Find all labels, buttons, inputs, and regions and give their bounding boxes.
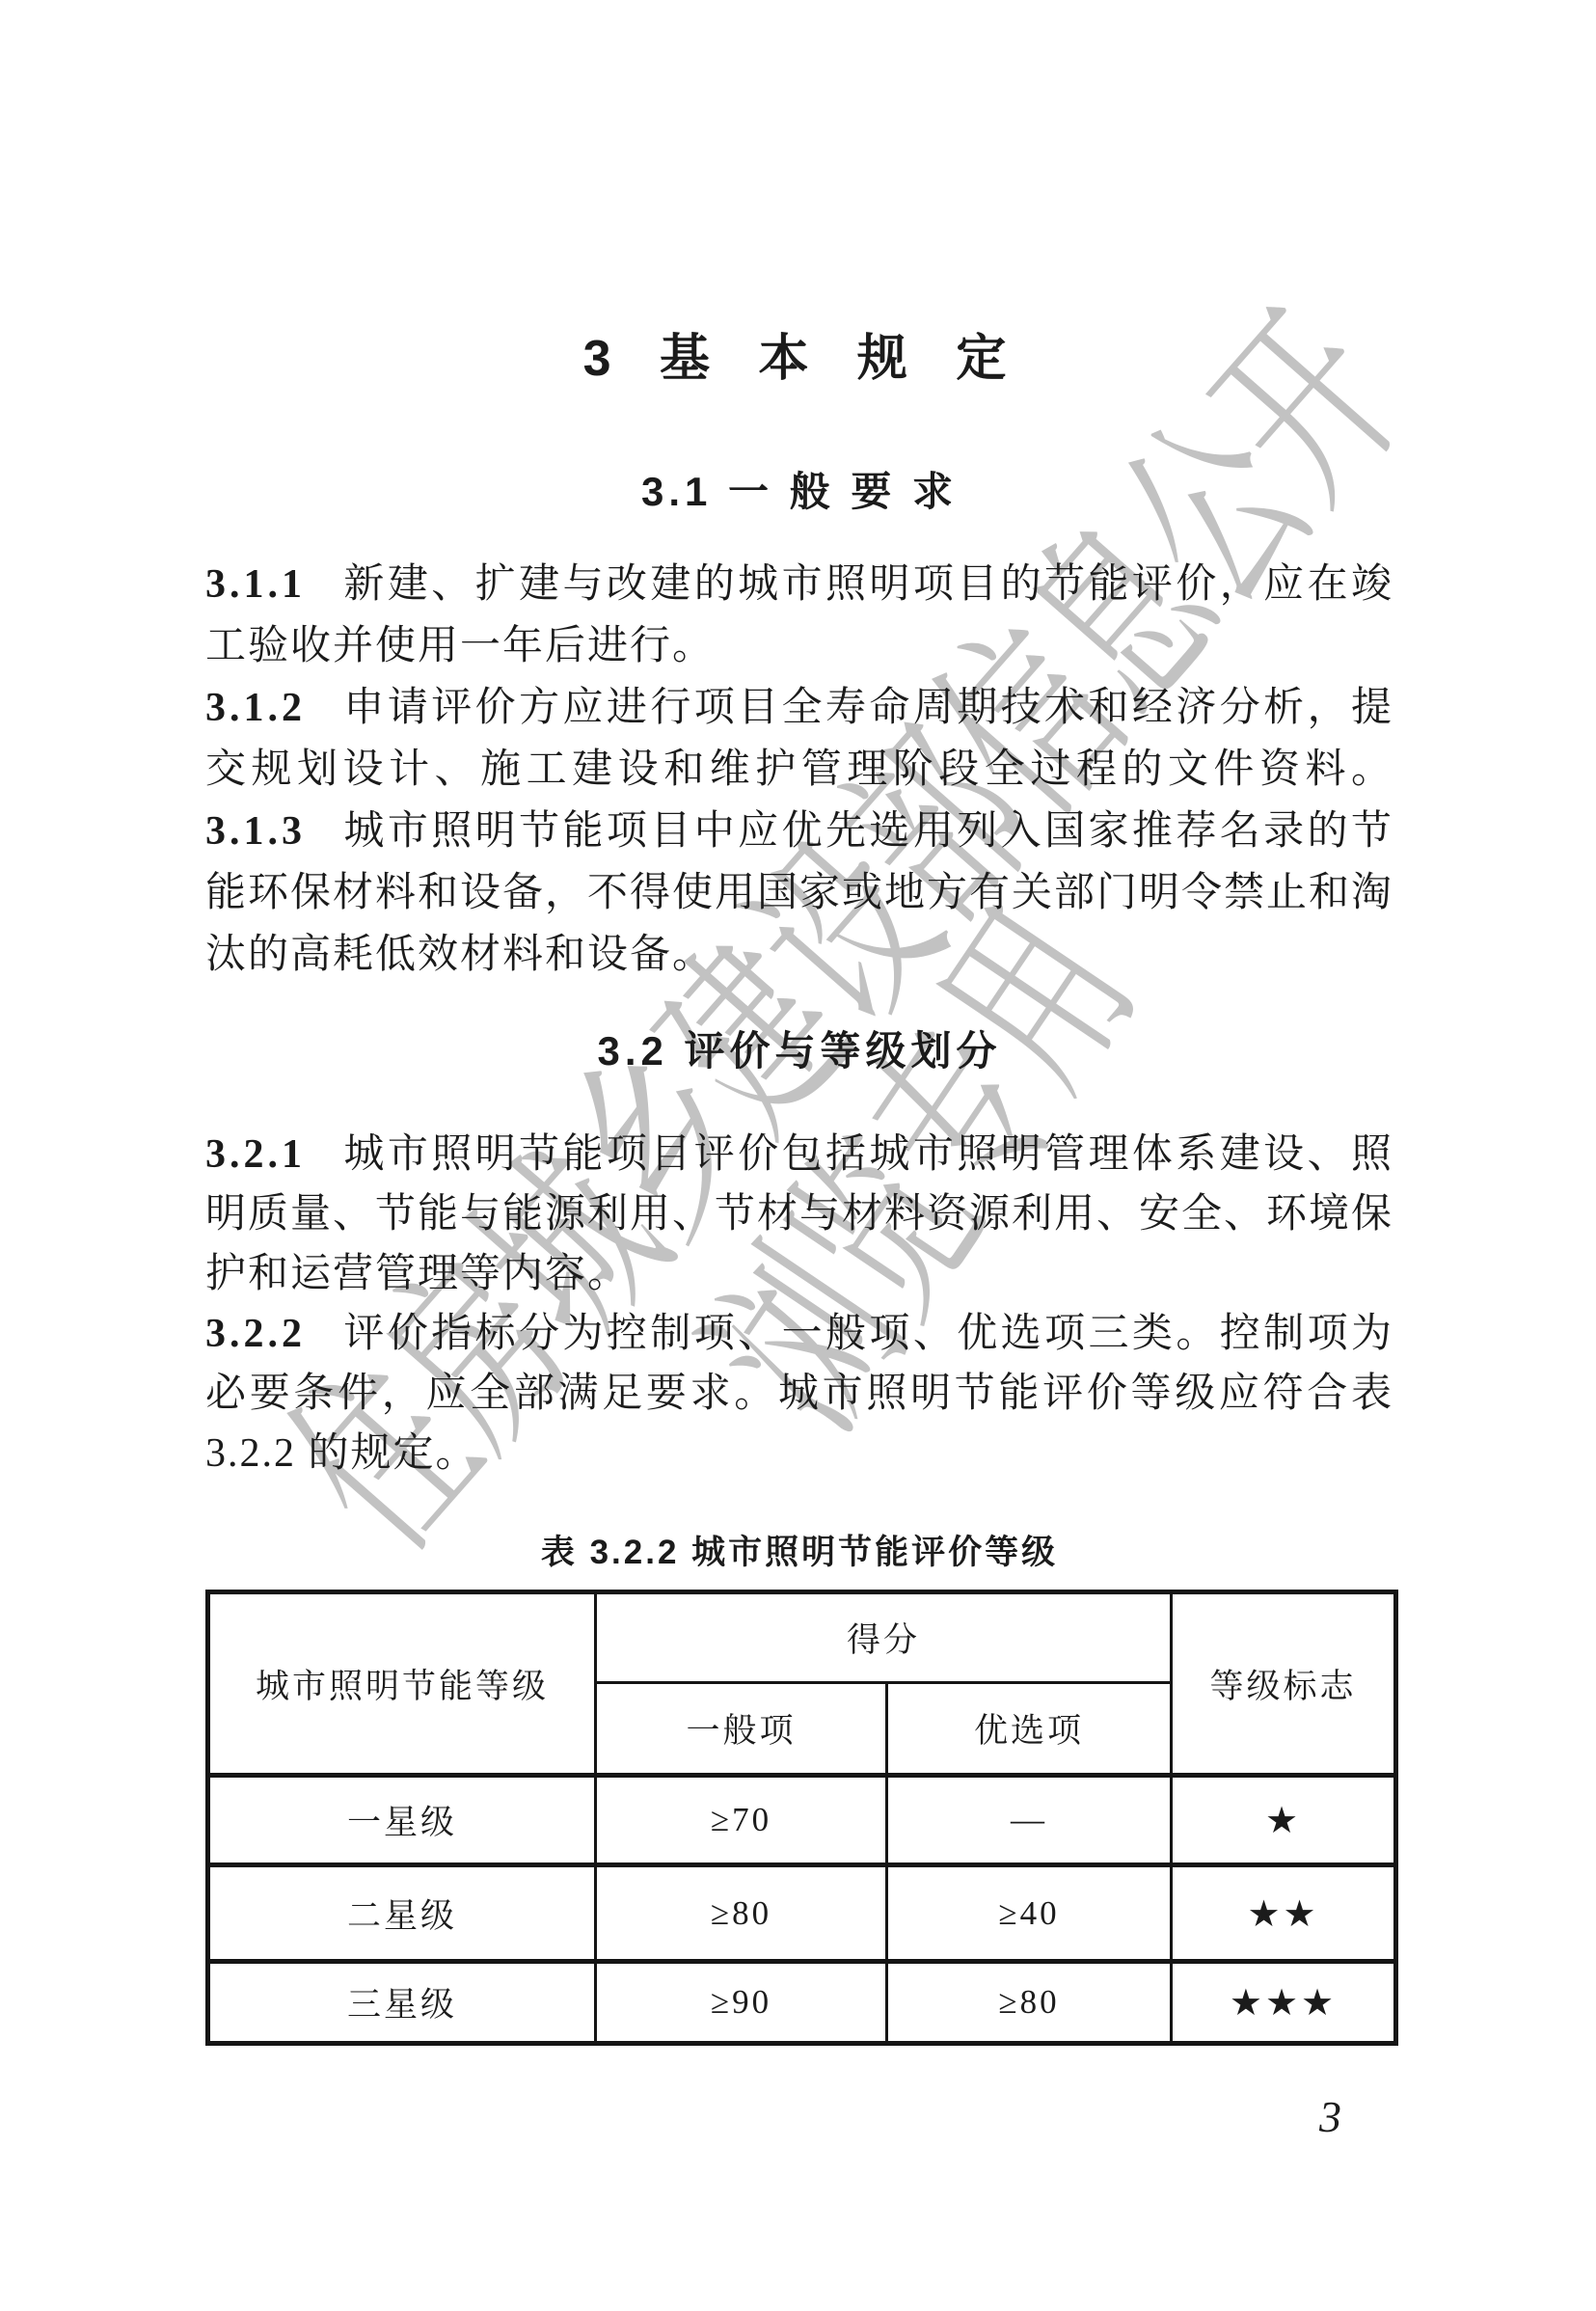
clause-number: 3.2.1: [205, 1132, 306, 1177]
text-column: 3 基 本 规 定 3.1 一 般 要 求 3.1.1新建、扩建与改建的城市照明…: [205, 0, 1393, 2311]
clause-line: 护和运营管理等内容。: [205, 1244, 1393, 1304]
preferred-items-header: 优选项: [887, 1683, 1172, 1776]
clause-line: 明质量、节能与能源利用、节材与材料资源利用、安全、环境保: [205, 1184, 1393, 1244]
grade-cell: 一星级: [208, 1776, 596, 1865]
preferred-score-cell: —: [887, 1776, 1172, 1865]
section-3-1-body: 3.1.1新建、扩建与改建的城市照明项目的节能评价，应在竣 工验收并使用一年后进…: [205, 554, 1393, 986]
clause-text: 新建、扩建与改建的城市照明项目的节能评价，应在竣: [342, 562, 1393, 607]
clause-text: 城市照明节能项目评价包括城市照明管理体系建设、照: [342, 1132, 1393, 1177]
section-3-1-heading: 3.1 一 般 要 求: [205, 466, 1393, 518]
grade-cell: 三星级: [208, 1962, 596, 2044]
table-row: 三星级 ≥90 ≥80 ★★★: [208, 1962, 1396, 2044]
star-badge: ★★: [1172, 1865, 1396, 1962]
table-row: 二星级 ≥80 ≥40 ★★: [208, 1865, 1396, 1962]
clause-line: 3.1.2申请评价方应进行项目全寿命周期技术和经济分析，提: [205, 677, 1393, 739]
chapter-title: 3 基 本 规 定: [205, 330, 1393, 388]
clause-3-1-3: 3.1.3城市照明节能项目中应优先选用列入国家推荐名录的节 能环保材料和设备，不…: [205, 801, 1393, 986]
clause-3-1-2: 3.1.2申请评价方应进行项目全寿命周期技术和经济分析，提 交规划设计、施工建设…: [205, 677, 1393, 801]
clause-line: 交规划设计、施工建设和维护管理阶段全过程的文件资料。: [205, 739, 1393, 801]
document-page: 住房城乡建设部信息公开 浏览专用 3 基 本 规 定 3.1 一 般 要 求 3…: [0, 0, 1596, 2311]
clause-line: 3.2.2 的规定。: [205, 1424, 1393, 1483]
table-caption: 表 3.2.2 城市照明节能评价等级: [205, 1532, 1393, 1574]
clause-3-2-1: 3.2.1城市照明节能项目评价包括城市照明管理体系建设、照 明质量、节能与能源利…: [205, 1125, 1393, 1304]
clause-line: 3.2.2评价指标分为控制项、一般项、优选项三类。控制项为: [205, 1304, 1393, 1364]
general-items-header: 一般项: [596, 1683, 887, 1776]
clause-text: 申请评价方应进行项目全寿命周期技术和经济分析，提: [342, 686, 1393, 730]
general-score-cell: ≥80: [596, 1865, 887, 1962]
clause-line: 汰的高耗低效材料和设备。: [205, 924, 1393, 986]
grade-column-header: 城市照明节能等级: [208, 1592, 596, 1776]
clause-text: 城市照明节能项目中应优先选用列入国家推荐名录的节: [342, 809, 1393, 854]
preferred-score-cell: ≥40: [887, 1865, 1172, 1962]
general-score-cell: ≥90: [596, 1962, 887, 2044]
clause-text: 评价指标分为控制项、一般项、优选项三类。控制项为: [342, 1312, 1393, 1356]
clause-number: 3.1.3: [205, 809, 306, 854]
clause-number: 3.2.2: [205, 1312, 306, 1356]
section-3-2-body: 3.2.1城市照明节能项目评价包括城市照明管理体系建设、照 明质量、节能与能源利…: [205, 1125, 1393, 1483]
clause-line: 必要条件，应全部满足要求。城市照明节能评价等级应符合表: [205, 1364, 1393, 1424]
badge-column-header: 等级标志: [1172, 1592, 1396, 1776]
clause-line: 3.1.1新建、扩建与改建的城市照明项目的节能评价，应在竣: [205, 554, 1393, 615]
clause-3-1-1: 3.1.1新建、扩建与改建的城市照明项目的节能评价，应在竣 工验收并使用一年后进…: [205, 554, 1393, 677]
clause-line: 能环保材料和设备，不得使用国家或地方有关部门明令禁止和淘: [205, 862, 1393, 924]
clause-number: 3.1.2: [205, 686, 306, 730]
clause-3-2-2: 3.2.2评价指标分为控制项、一般项、优选项三类。控制项为 必要条件，应全部满足…: [205, 1304, 1393, 1483]
preferred-score-cell: ≥80: [887, 1962, 1172, 2044]
general-score-cell: ≥70: [596, 1776, 887, 1865]
grade-cell: 二星级: [208, 1865, 596, 1962]
clause-line: 3.2.1城市照明节能项目评价包括城市照明管理体系建设、照: [205, 1125, 1393, 1184]
section-3-2-heading: 3.2 评价与等级划分: [205, 1025, 1393, 1077]
star-badge: ★: [1172, 1776, 1396, 1865]
clause-number: 3.1.1: [205, 562, 306, 607]
score-column-header: 得分: [596, 1592, 1172, 1683]
page-number: 3: [1319, 2091, 1341, 2142]
clause-line: 工验收并使用一年后进行。: [205, 615, 1393, 677]
clause-line: 3.1.3城市照明节能项目中应优先选用列入国家推荐名录的节: [205, 801, 1393, 862]
table-row: 一星级 ≥70 — ★: [208, 1776, 1396, 1865]
star-badge: ★★★: [1172, 1962, 1396, 2044]
rating-table: 城市照明节能等级 得分 等级标志 一般项 优选项 一星级 ≥70 — ★ 二星级…: [205, 1590, 1398, 2046]
